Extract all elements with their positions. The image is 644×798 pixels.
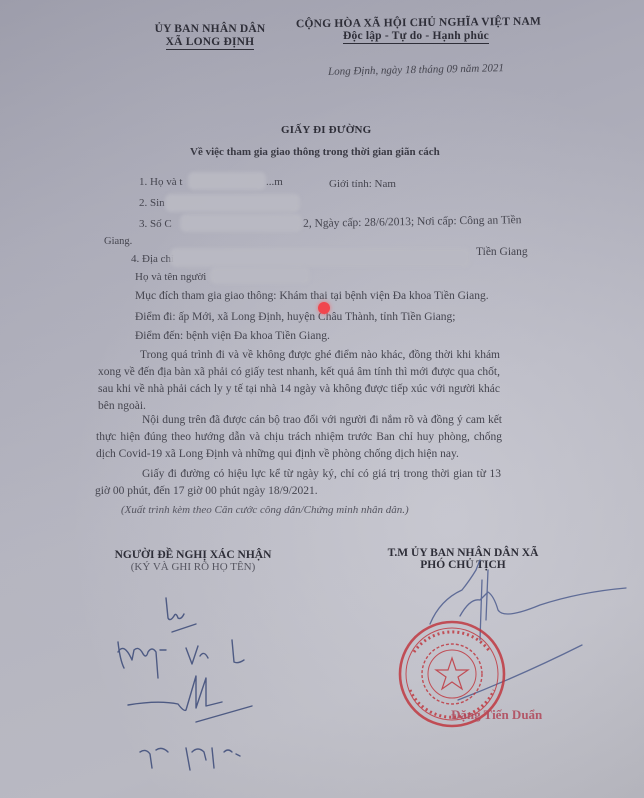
official-name: Đặng Tiến Duẩn bbox=[451, 707, 542, 723]
document-page: ỦY BAN NHÂN DÂN XÃ LONG ĐỊNH CỘNG HÒA XÃ… bbox=[0, 0, 644, 798]
official-signature bbox=[0, 0, 644, 798]
